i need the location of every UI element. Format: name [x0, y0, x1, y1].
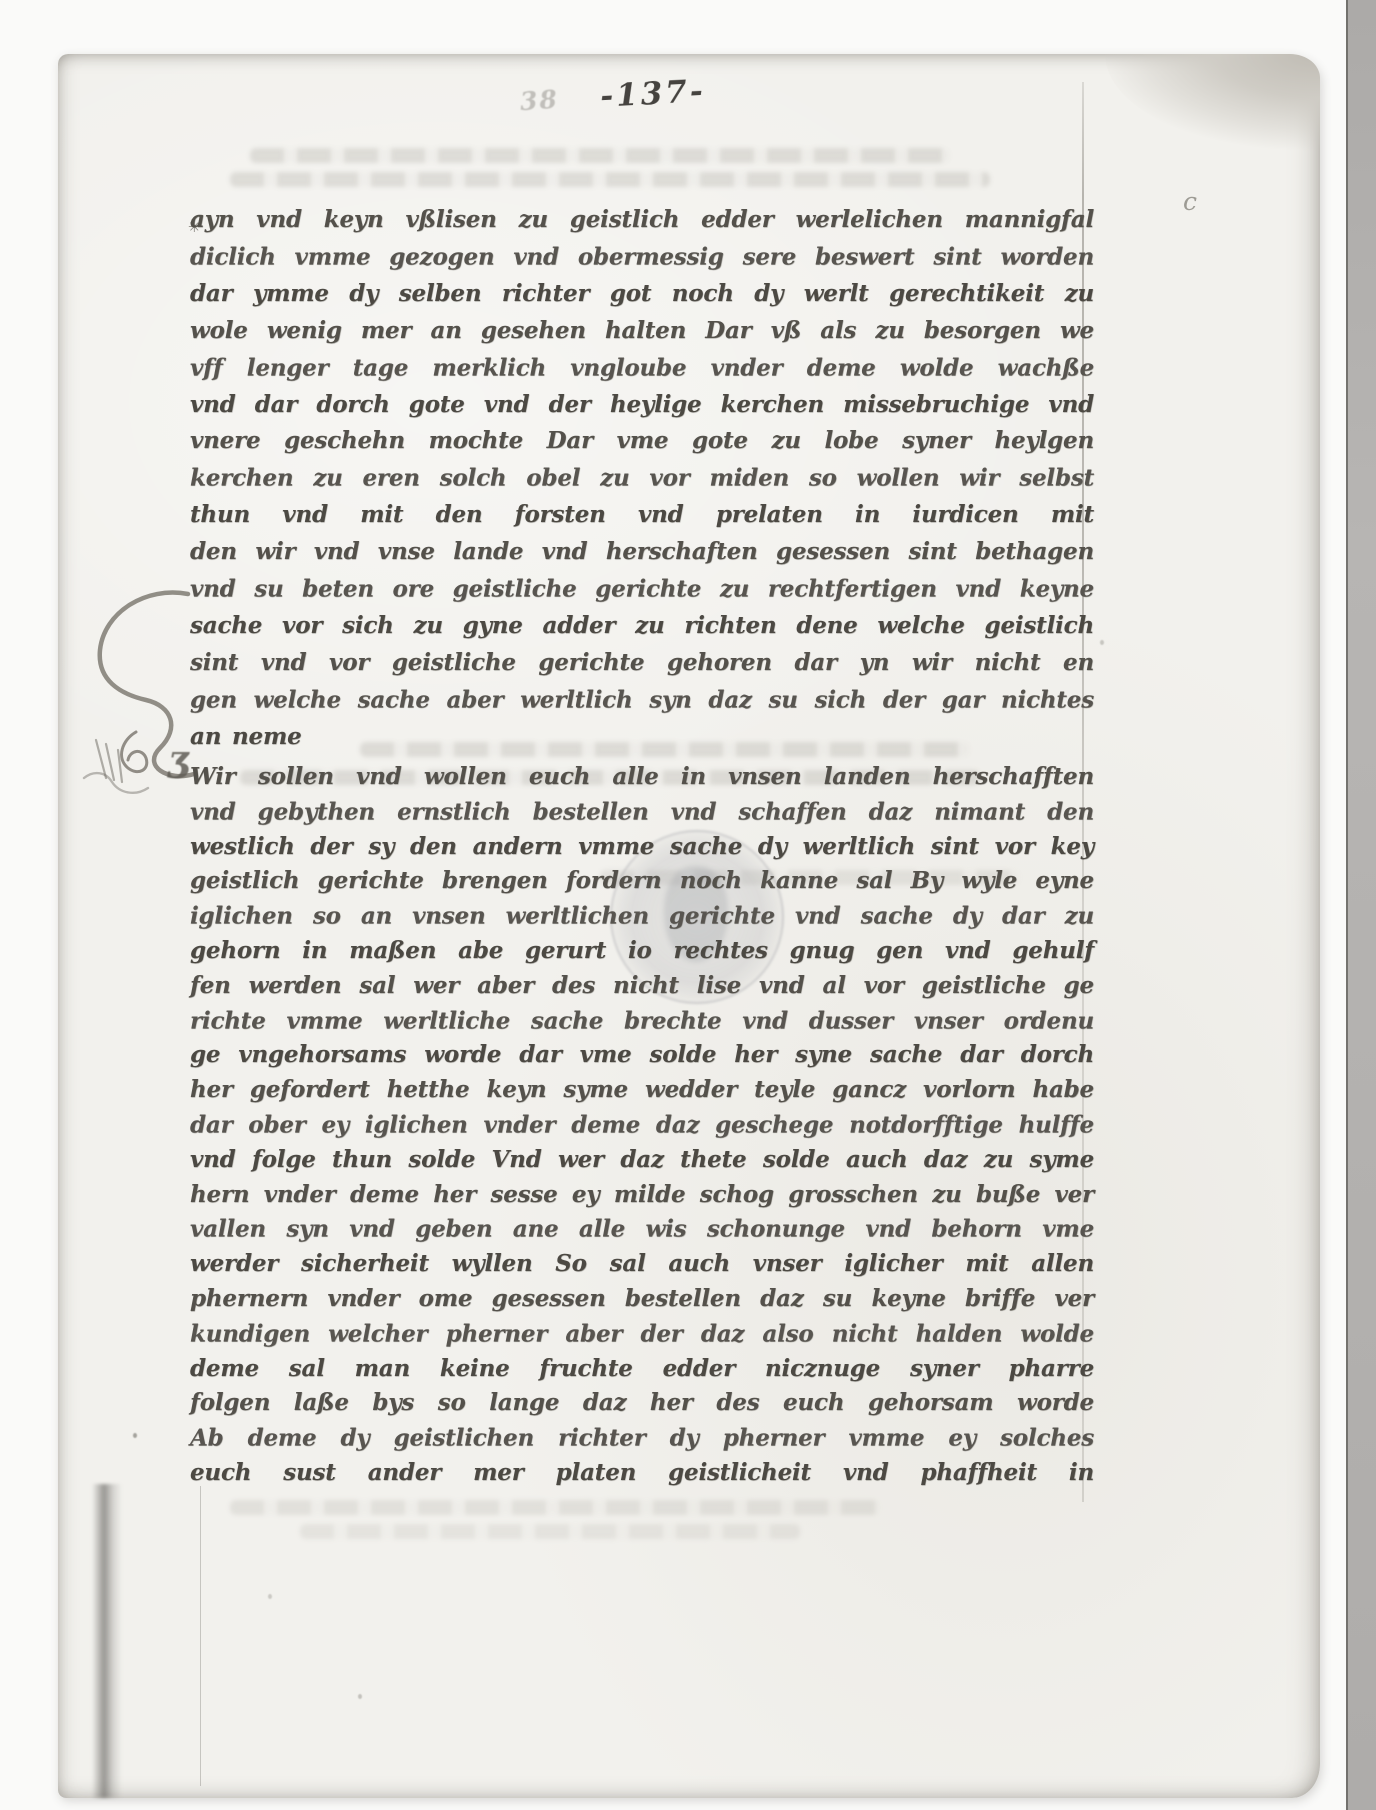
paper-crease — [200, 1486, 201, 1786]
binding-shadow — [92, 1484, 122, 1798]
manuscript-text-line: sache vor sich zu gyne adder zu richten … — [190, 608, 1094, 645]
manuscript-text-line: den wir vnd vnse lande vnd herschaften g… — [190, 534, 1094, 571]
manuscript-text-line: dar ober ey iglichen vnder deme daz gesc… — [190, 1108, 1094, 1143]
manuscript-text-line: vnd gebythen ernstlich bestellen vnd sch… — [190, 795, 1094, 830]
manuscript-text-line: vnere geschehn mochte Dar vme gote zu lo… — [190, 423, 1094, 460]
manuscript-page: 38 -137- c ✳ ʒ ayn vnd keyn vßlisen zu g… — [58, 54, 1320, 1798]
manuscript-text-line: vff lenger tage merklich vngloube vnder … — [190, 350, 1094, 387]
show-through-text — [300, 1524, 800, 1539]
manuscript-text-line: euch sust ander mer platen geistlicheit … — [190, 1456, 1094, 1491]
manuscript-text-line: geistlich gerichte brengen fordern noch … — [190, 864, 1094, 899]
faint-struck-page-number: 38 — [519, 85, 560, 117]
manuscript-text-line: deme sal man keine fruchte edder nicznug… — [190, 1352, 1094, 1387]
manuscript-text-line: richte vmme werltliche sache brechte vnd… — [190, 1004, 1094, 1039]
manuscript-text-line: Wir sollen vnd wollen euch alle in vnsen… — [190, 760, 1094, 795]
manuscript-text-line: gen welche sache aber werltlich syn daz … — [190, 682, 1094, 719]
show-through-text — [230, 172, 990, 187]
corner-letter-mark: c — [1183, 187, 1197, 216]
manuscript-text-line: ayn vnd keyn vßlisen zu geistlich edder … — [190, 202, 1094, 239]
paper-speck — [358, 1694, 362, 1699]
manuscript-text-line: iglichen so an vnsen werltlichen gericht… — [190, 900, 1094, 935]
manuscript-text-line: kerchen zu eren solch obel zu vor miden … — [190, 461, 1094, 498]
manuscript-text-line: werder sicherheit wyllen So sal auch vns… — [190, 1247, 1094, 1282]
manuscript-text-line: phernern vnder ome gesessen bestellen da… — [190, 1282, 1094, 1317]
paragraph-mark: ʒ — [168, 738, 188, 780]
manuscript-text-line: westlich der sy den andern vmme sache dy… — [190, 830, 1094, 865]
manuscript-text-line: dar ymme dy selben richter got noch dy w… — [190, 276, 1094, 313]
manuscript-text-line: hern vnder deme her sesse ey milde schog… — [190, 1178, 1094, 1213]
torn-corner-edge — [1105, 54, 1320, 154]
paper-speck — [1100, 640, 1104, 645]
manuscript-text-line: vnd folge thun solde Vnd wer daz thete s… — [190, 1143, 1094, 1178]
manuscript-text-line: thun vnd mit den forsten vnd prelaten in… — [190, 497, 1094, 534]
manuscript-text-line: vnd su beten ore geistliche gerichte zu … — [190, 572, 1094, 609]
manuscript-text-line: sint vnd vor geistliche gerichte gehoren… — [190, 645, 1094, 682]
manuscript-text-line: wole wenig mer an gesehen halten Dar vß … — [190, 313, 1094, 350]
manuscript-text-line: Ab deme dy geistlichen richter dy pherne… — [190, 1422, 1094, 1457]
page-number: -137- — [562, 71, 744, 116]
manuscript-text-line: folgen laße bys so lange daz her des euc… — [190, 1386, 1094, 1421]
manuscript-text-line: her gefordert hetthe keyn syme wedder te… — [190, 1073, 1094, 1108]
paper-speck — [133, 1433, 137, 1438]
show-through-text — [250, 148, 950, 163]
manuscript-text-line: diclich vmme gezogen vnd obermessig sere… — [190, 239, 1094, 276]
manuscript-text-line: an neme — [190, 719, 1094, 756]
manuscript-text-line: vallen syn vnd geben ane alle wis schonu… — [190, 1213, 1094, 1248]
manuscript-text-line: kundigen welcher pherner aber der daz al… — [190, 1317, 1094, 1352]
paragraph-2: Wir sollen vnd wollen euch alle in vnsen… — [190, 760, 1094, 1491]
manuscript-text-line: gehorn in maßen abe gerurt io rechtes gn… — [190, 934, 1094, 969]
show-through-text — [230, 1500, 880, 1515]
paper-speck — [268, 1594, 272, 1599]
manuscript-text-line: fen werden sal wer aber des nicht lise v… — [190, 969, 1094, 1004]
manuscript-scan: 38 -137- c ✳ ʒ ayn vnd keyn vßlisen zu g… — [0, 0, 1376, 1810]
manuscript-text-line: ge vngehorsams worde dar vme solde her s… — [190, 1038, 1094, 1073]
manuscript-text-line: vnd dar dorch gote vnd der heylige kerch… — [190, 387, 1094, 424]
paragraph-1: ayn vnd keyn vßlisen zu geistlich edder … — [190, 202, 1094, 756]
adjacent-leaf-band — [1346, 0, 1376, 1810]
